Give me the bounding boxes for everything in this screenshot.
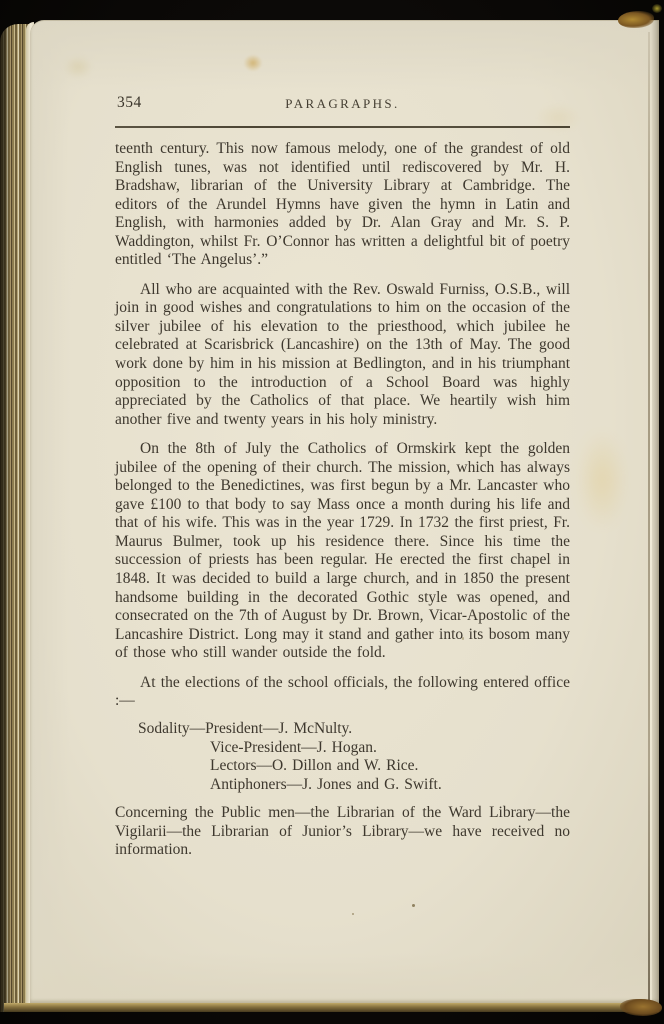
list-item: Lectors—O. Dillon and W. Rice. bbox=[210, 757, 570, 776]
header-rule bbox=[115, 126, 570, 128]
list-item: Sodality—President—J. McNulty. bbox=[138, 720, 570, 739]
page-right-shadow bbox=[651, 20, 659, 1006]
paragraph-public-men: Concerning the Public men—the Librarian … bbox=[115, 804, 570, 860]
page-header: 354 PARAGRAPHS. bbox=[115, 94, 570, 114]
paragraph-furniss-jubilee: All who are acquainted with the Rev. Osw… bbox=[115, 281, 570, 429]
page-body: teenth century. This now famous melody, … bbox=[115, 140, 570, 860]
page-text-block: 354 PARAGRAPHS. teenth century. This now… bbox=[115, 94, 570, 860]
sodality-officials-list: Sodality—President—J. McNulty. Vice-Pres… bbox=[138, 720, 570, 795]
page-crease-highlight bbox=[650, 32, 652, 1006]
paragraph-school-elections: At the elections of the school officials… bbox=[115, 674, 570, 711]
running-header: PARAGRAPHS. bbox=[115, 96, 570, 112]
book-bottom-edge bbox=[4, 1003, 659, 1012]
paragraph-continuation: teenth century. This now famous melody, … bbox=[115, 140, 570, 270]
list-item: Antiphoners—J. Jones and G. Swift. bbox=[210, 776, 570, 795]
list-item: Vice-President—J. Hogan. bbox=[210, 739, 570, 758]
paragraph-ormskirk-church: On the 8th of July the Catholics of Orms… bbox=[115, 440, 570, 663]
